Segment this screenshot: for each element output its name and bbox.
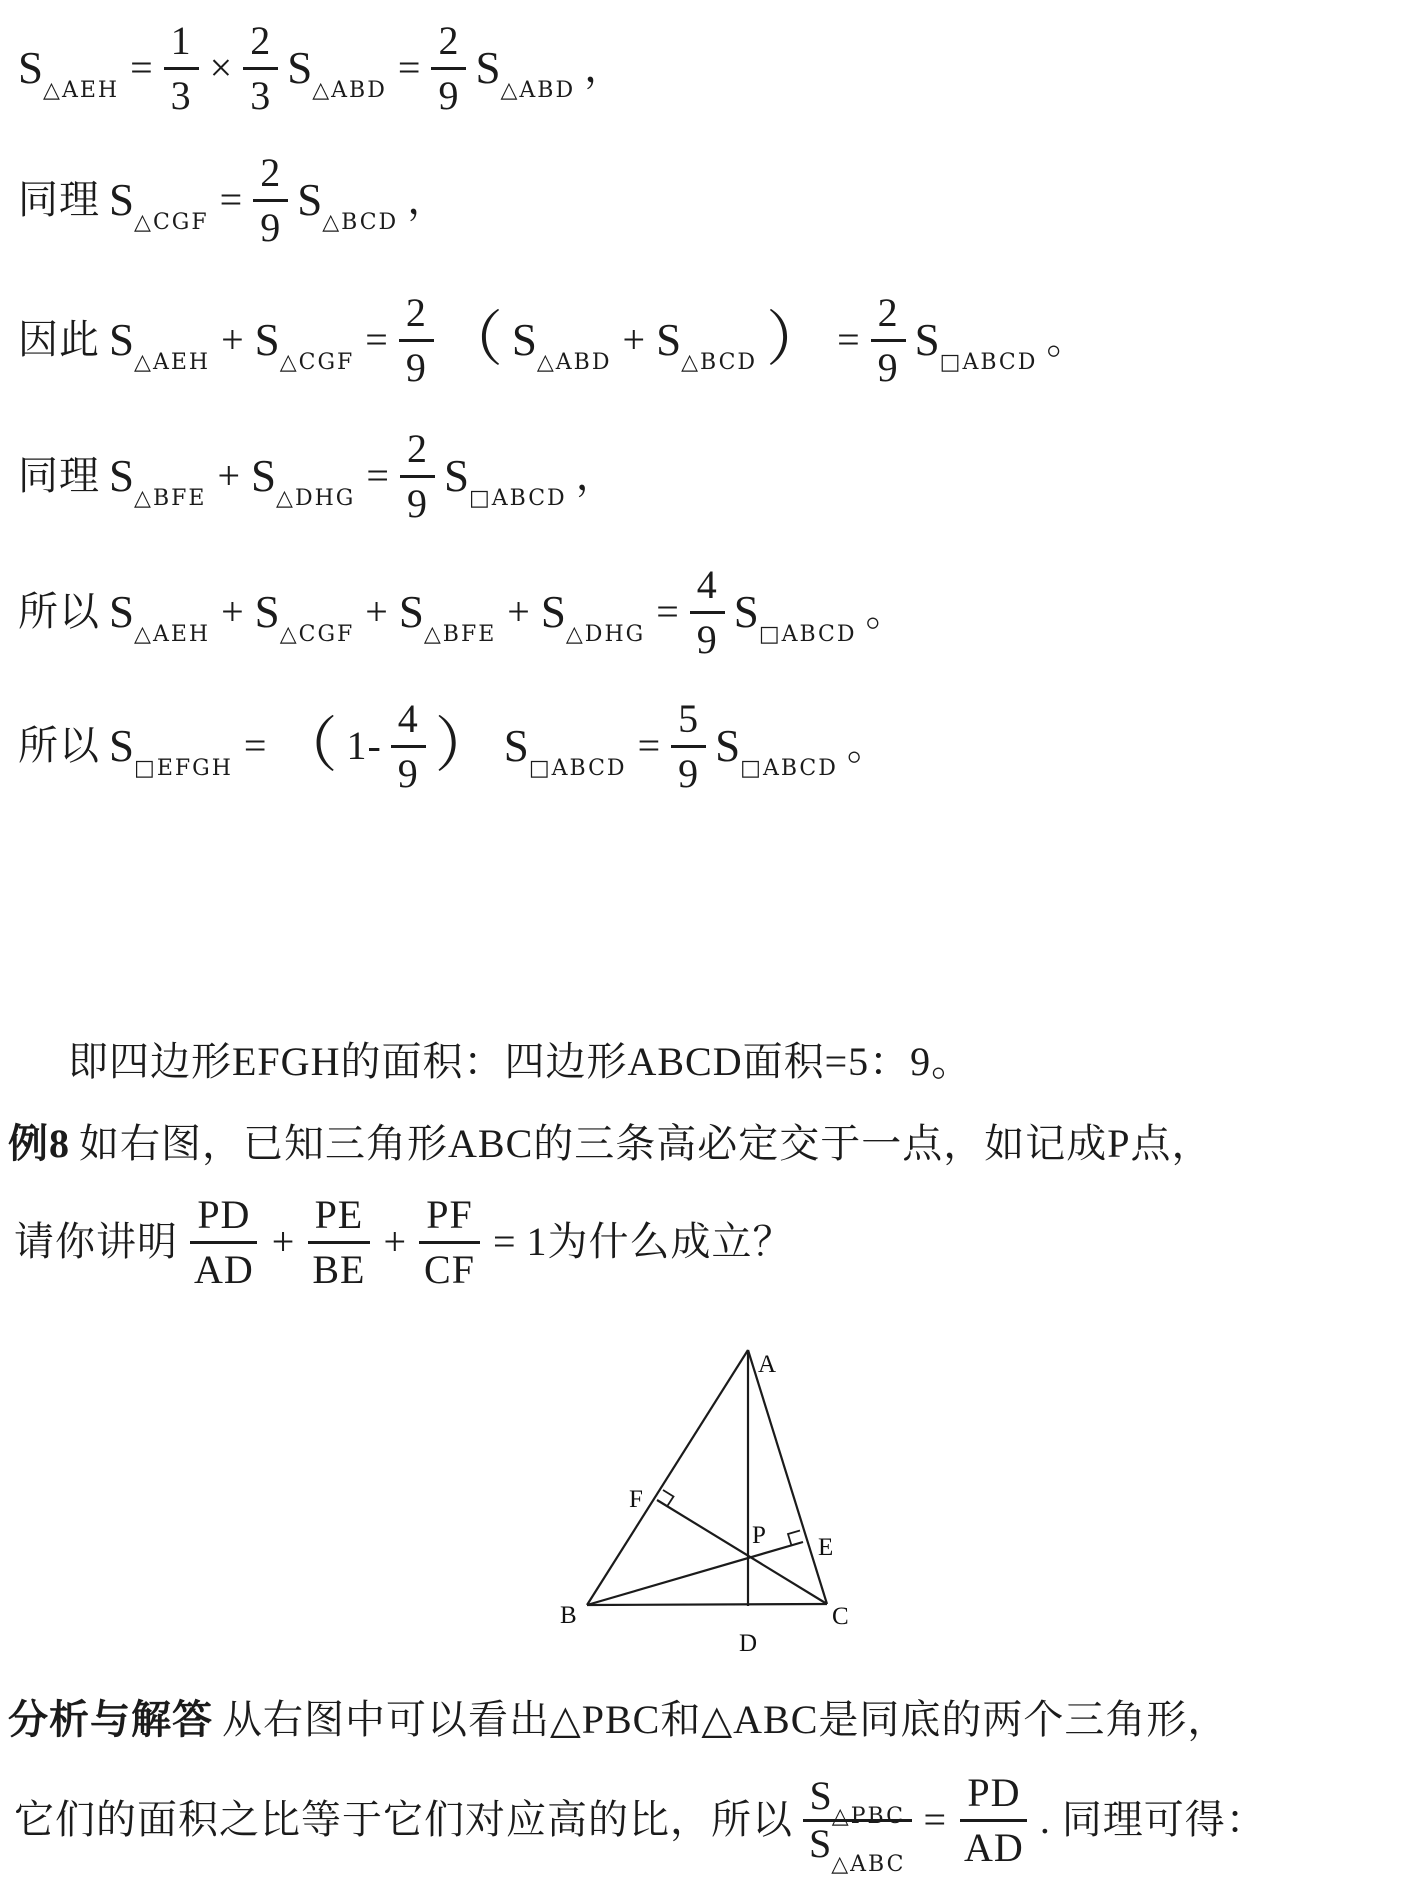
fraction-denominator: AD xyxy=(187,1244,261,1294)
area-symbol-subscript: △CGF xyxy=(280,622,355,647)
text-run: 9 xyxy=(878,344,899,392)
fraction-numerator: 2 xyxy=(431,16,466,70)
text-run: 从右图中可以看出△PBC和△ABC是同底的两个三角形， xyxy=(222,1696,1228,1744)
fraction: PEBE xyxy=(305,1190,372,1294)
fraction: 29 xyxy=(400,424,435,528)
text-run: AD xyxy=(964,1824,1024,1872)
vertex-label-B: B xyxy=(560,1602,577,1629)
area-symbol-subscript: □ABCD xyxy=(940,350,1038,375)
triangle-diagram: ABCDEFP xyxy=(430,1332,870,1672)
area-symbol-letter: S xyxy=(109,587,134,637)
operator: + xyxy=(270,1222,297,1262)
equation-EFGH-result: 所以S□EFGH=（1-49）S□ABCD=59S□ABCD。 xyxy=(18,694,888,798)
area-symbol-subscript: □ABCD xyxy=(740,756,838,781)
area-symbol: S□ABCD xyxy=(915,318,1038,363)
text-run: 即四边形EFGH的面积：四边形ABCD面积=5：9。 xyxy=(68,1038,972,1086)
fraction: 29 xyxy=(253,148,288,252)
fraction: PDAD xyxy=(957,1768,1031,1872)
text-run: 5 xyxy=(678,695,699,743)
fraction-numerator: PD xyxy=(960,1768,1027,1822)
operator: = xyxy=(128,48,155,88)
operator: + xyxy=(219,320,246,360)
side-AB xyxy=(587,1350,748,1605)
fraction-denominator: 9 xyxy=(690,614,725,664)
text-run: 1 xyxy=(171,17,192,65)
fraction-numerator: 2 xyxy=(399,288,434,342)
area-symbol: S□EFGH xyxy=(109,724,233,769)
area-symbol: S△BCD xyxy=(656,318,757,363)
vertex-label-A: A xyxy=(758,1351,776,1378)
fraction-denominator: 9 xyxy=(431,70,466,120)
area-symbol: S△CGF xyxy=(109,178,209,223)
text-run: BE xyxy=(312,1246,365,1294)
text-run: 9 xyxy=(438,72,459,120)
text-run: ， xyxy=(576,452,617,500)
text-run: . 同理可得： xyxy=(1040,1796,1267,1844)
operator: + xyxy=(219,592,246,632)
area-symbol-letter: S xyxy=(109,451,134,501)
area-symbol: S△ABD xyxy=(512,318,612,363)
text-run: ， xyxy=(584,44,625,92)
text-run: 1- xyxy=(346,722,381,770)
area-symbol-subscript: △DHG xyxy=(276,486,355,511)
equation-area-AEH: S△AEH=13×23S△ABD=29S△ABD， xyxy=(18,16,625,120)
text-run: 9 xyxy=(406,344,427,392)
area-symbol-subscript: △ABD xyxy=(500,78,575,103)
area-symbol-letter: S xyxy=(810,1773,832,1818)
operator: + xyxy=(505,592,532,632)
text-run: 2 xyxy=(406,289,427,337)
text-run: 9 xyxy=(697,616,718,664)
operator: + xyxy=(215,456,242,496)
side-BC xyxy=(587,1604,827,1605)
area-symbol-letter: S xyxy=(18,43,43,93)
area-symbol: S□ABCD xyxy=(504,724,627,769)
area-symbol-letter: S xyxy=(915,315,940,365)
fraction: 29 xyxy=(431,16,466,120)
area-symbol-letter: S xyxy=(715,721,740,771)
area-symbol-subscript: □ABCD xyxy=(759,622,857,647)
operator: = xyxy=(921,1800,948,1840)
text-run: 3 xyxy=(171,72,192,120)
text-run: 它们的面积之比等于它们对应高的比，所以 xyxy=(14,1796,793,1844)
fraction: PFCF xyxy=(417,1190,482,1294)
area-symbol-letter: S xyxy=(512,315,537,365)
area-symbol-subscript: △BFE xyxy=(134,486,206,511)
fraction: 29 xyxy=(871,288,906,392)
operator: = xyxy=(364,456,391,496)
fraction-numerator: 1 xyxy=(164,16,199,70)
fraction-numerator: 2 xyxy=(243,16,278,70)
area-symbol: S△BCD xyxy=(297,178,398,223)
analysis-body-line: 它们的面积之比等于它们对应高的比，所以S△PBCS△ABC=PDAD. 同理可得… xyxy=(14,1768,1267,1872)
text-run: 因此 xyxy=(18,316,100,364)
area-symbol-letter: S xyxy=(541,587,566,637)
area-symbol-letter: S xyxy=(287,43,312,93)
equation-four-corner-sum: 所以S△AEH+S△CGF+S△BFE+S△DHG=49S□ABCD。 xyxy=(18,560,907,664)
text-run: 例8 xyxy=(8,1120,70,1168)
fraction: PDAD xyxy=(187,1190,261,1294)
fraction: 49 xyxy=(690,560,725,664)
example-8-heading-line: 例8如右图，已知三角形ABC的三条高必定交于一点，如记成P点， xyxy=(8,1120,1213,1168)
operator: = xyxy=(491,1222,518,1262)
text-run: 3 xyxy=(250,72,271,120)
area-symbol: S△AEH xyxy=(109,318,210,363)
equation-sum-AEH-CGF: 因此S△AEH+S△CGF=29（S△ABD+S△BCD）=29S□ABCD。 xyxy=(18,288,1087,392)
area-symbol-subscript: □ABCD xyxy=(469,486,567,511)
text-run: 所以 xyxy=(18,588,100,636)
text-run: 同理 xyxy=(18,176,100,224)
conclusion-ratio-line: 即四边形EFGH的面积：四边形ABCD面积=5：9。 xyxy=(68,1038,972,1086)
text-run: 4 xyxy=(697,561,718,609)
text-run: ， xyxy=(407,176,448,224)
area-symbol: S△ABD xyxy=(475,46,575,91)
operator: = xyxy=(242,726,269,766)
fraction: 49 xyxy=(391,694,426,798)
fraction-denominator: 9 xyxy=(671,748,706,798)
area-symbol-letter: S xyxy=(297,175,322,225)
fraction-numerator: 2 xyxy=(253,148,288,202)
operator: （ xyxy=(443,310,503,370)
text-run: 分析与解答 xyxy=(8,1696,213,1744)
area-symbol-subscript: △DHG xyxy=(566,622,645,647)
operator: ） xyxy=(435,716,495,776)
altitude-CF xyxy=(657,1500,827,1604)
area-symbol-subscript: □EFGH xyxy=(134,756,233,781)
fraction-denominator: 9 xyxy=(391,748,426,798)
text-run: 9 xyxy=(407,480,428,528)
fraction-numerator: S△PBC xyxy=(803,1775,912,1822)
operator: = xyxy=(654,592,681,632)
area-symbol-subscript: △ABC xyxy=(831,1852,905,1877)
fraction-denominator: 9 xyxy=(871,342,906,392)
area-symbol-subscript: △ABD xyxy=(537,350,612,375)
operator: = xyxy=(636,726,663,766)
operator: × xyxy=(208,48,235,88)
fraction-denominator: AD xyxy=(957,1822,1031,1872)
fraction: S△PBCS△ABC xyxy=(802,1775,912,1865)
text-run: CF xyxy=(424,1246,475,1294)
fraction: 59 xyxy=(671,694,706,798)
text-run: 2 xyxy=(250,17,271,65)
area-symbol-letter: S xyxy=(444,451,469,501)
fraction-denominator: CF xyxy=(417,1244,482,1294)
area-symbol-subscript: △BFE xyxy=(424,622,496,647)
fraction-denominator: 3 xyxy=(243,70,278,120)
text-run: 同理 xyxy=(18,452,100,500)
operator: = xyxy=(363,320,390,360)
area-symbol-subscript: □ABCD xyxy=(529,756,627,781)
fraction-numerator: 4 xyxy=(690,560,725,614)
vertex-label-D: D xyxy=(739,1630,757,1657)
area-symbol: S△CGF xyxy=(255,318,355,363)
example-8-question-line: 请你讲明PDAD+PEBE+PFCF=1为什么成立？ xyxy=(14,1190,794,1294)
area-symbol: S△CGF xyxy=(255,590,355,635)
side-AC xyxy=(748,1350,827,1604)
text-run: 2 xyxy=(260,149,281,197)
text-run: AD xyxy=(194,1246,254,1294)
text-run: 所以 xyxy=(18,722,100,770)
text-run: PD xyxy=(197,1191,250,1239)
text-run: 2 xyxy=(438,17,459,65)
text-run: 请你讲明 xyxy=(14,1218,178,1266)
fraction-numerator: 4 xyxy=(391,694,426,748)
area-symbol: S△PBC xyxy=(810,1776,905,1817)
vertex-label-C: C xyxy=(832,1603,849,1630)
area-symbol-letter: S xyxy=(809,1821,831,1866)
altitude-BE xyxy=(587,1542,803,1605)
operator: = xyxy=(835,320,862,360)
text-run: PE xyxy=(315,1191,364,1239)
operator: = xyxy=(218,180,245,220)
vertex-label-F: F xyxy=(629,1486,643,1513)
fraction-numerator: 5 xyxy=(671,694,706,748)
area-symbol-letter: S xyxy=(255,587,280,637)
fraction: 29 xyxy=(399,288,434,392)
operator: + xyxy=(621,320,648,360)
area-symbol-subscript: △AEH xyxy=(134,350,210,375)
operator: = xyxy=(396,48,423,88)
operator: + xyxy=(363,592,390,632)
fraction-denominator: 3 xyxy=(164,70,199,120)
area-symbol: S△BFE xyxy=(399,590,496,635)
area-symbol-subscript: △CGF xyxy=(280,350,355,375)
area-symbol: S□ABCD xyxy=(734,590,857,635)
text-run: 1为什么成立？ xyxy=(527,1218,794,1266)
fraction-numerator: 2 xyxy=(400,424,435,478)
area-symbol-letter: S xyxy=(255,315,280,365)
analysis-heading-line: 分析与解答从右图中可以看出△PBC和△ABC是同底的两个三角形， xyxy=(8,1696,1228,1744)
area-symbol-letter: S xyxy=(251,451,276,501)
fraction-denominator: BE xyxy=(305,1244,372,1294)
equation-area-CGF: 同理S△CGF=29S△BCD， xyxy=(18,148,448,252)
fraction-denominator: 9 xyxy=(400,478,435,528)
area-symbol: S△AEH xyxy=(109,590,210,635)
text-run: PD xyxy=(967,1769,1020,1817)
area-symbol-subscript: △CGF xyxy=(134,210,209,235)
text-run: 。 xyxy=(1046,316,1087,364)
area-symbol-letter: S xyxy=(475,43,500,93)
fraction-denominator: 9 xyxy=(253,202,288,252)
area-symbol-subscript: △ABD xyxy=(312,78,387,103)
area-symbol: S△DHG xyxy=(251,454,355,499)
area-symbol-subscript: △AEH xyxy=(43,78,119,103)
area-symbol-subscript: △BCD xyxy=(681,350,757,375)
vertex-label-E: E xyxy=(818,1534,833,1561)
area-symbol-letter: S xyxy=(504,721,529,771)
fraction-numerator: PE xyxy=(308,1190,371,1244)
operator: + xyxy=(381,1222,408,1262)
fraction: 23 xyxy=(243,16,278,120)
area-symbol-letter: S xyxy=(109,315,134,365)
area-symbol: S△AEH xyxy=(18,46,119,91)
text-run: 9 xyxy=(678,750,699,798)
fraction-denominator: S△ABC xyxy=(802,1822,912,1865)
area-symbol-letter: S xyxy=(734,587,759,637)
area-symbol-letter: S xyxy=(109,721,134,771)
vertex-label-P: P xyxy=(752,1522,766,1549)
area-symbol: S△ABD xyxy=(287,46,387,91)
text-run: 9 xyxy=(398,750,419,798)
area-symbol: S△BFE xyxy=(109,454,206,499)
area-symbol: S□ABCD xyxy=(715,724,838,769)
area-symbol-letter: S xyxy=(656,315,681,365)
area-symbol: S□ABCD xyxy=(444,454,567,499)
text-run: 。 xyxy=(866,588,907,636)
operator: （ xyxy=(277,716,337,776)
area-symbol-subscript: △AEH xyxy=(134,622,210,647)
fraction-numerator: PD xyxy=(190,1190,257,1244)
area-symbol-letter: S xyxy=(109,175,134,225)
text-run: 如右图，已知三角形ABC的三条高必定交于一点，如记成P点， xyxy=(79,1120,1213,1168)
fraction-numerator: 2 xyxy=(871,288,906,342)
area-symbol-letter: S xyxy=(399,587,424,637)
area-symbol-subscript: △BCD xyxy=(322,210,398,235)
fraction-denominator: 9 xyxy=(399,342,434,392)
text-run: 9 xyxy=(260,204,281,252)
text-run: 。 xyxy=(847,722,888,770)
equation-sum-BFE-DHG: 同理S△BFE+S△DHG=29S□ABCD， xyxy=(18,424,617,528)
document-page: S△AEH=13×23S△ABD=29S△ABD， 同理S△CGF=29S△BC… xyxy=(0,0,1416,1890)
text-run: 2 xyxy=(878,289,899,337)
operator: ） xyxy=(766,310,826,370)
fraction: 13 xyxy=(164,16,199,120)
fraction-numerator: PF xyxy=(419,1190,480,1244)
text-run: PF xyxy=(426,1191,473,1239)
area-symbol: S△ABC xyxy=(809,1824,905,1865)
text-run: 4 xyxy=(398,695,419,743)
area-symbol: S△DHG xyxy=(541,590,645,635)
text-run: 2 xyxy=(407,425,428,473)
